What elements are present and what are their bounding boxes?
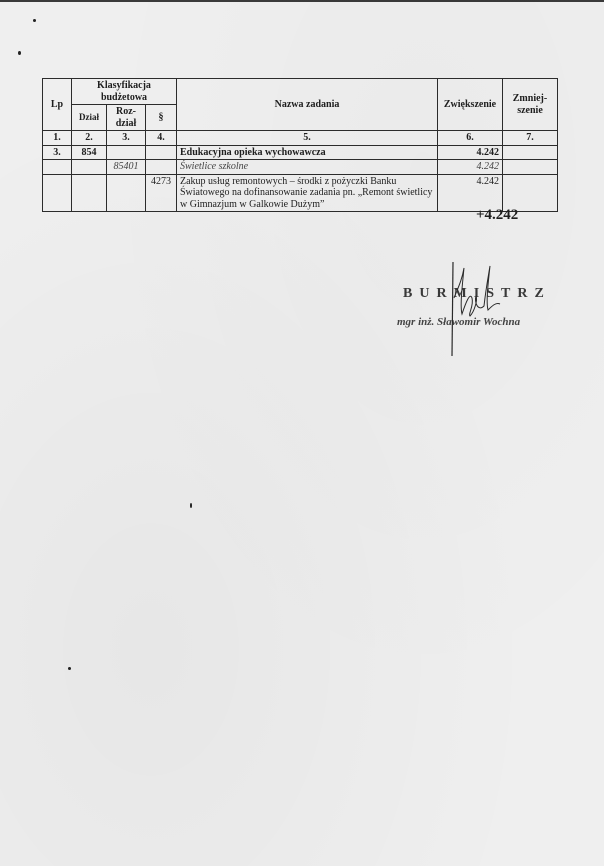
cell-zwiekszenie: 4.242 [438, 145, 503, 160]
header-row: Lp Klasyfikacja budżetowa Nazwa zadania … [43, 79, 558, 105]
header-klasyfikacja: Klasyfikacja budżetowa [72, 79, 177, 105]
handwritten-signature-icon [440, 258, 510, 358]
cell-dzial [72, 160, 107, 175]
scan-top-edge [0, 0, 604, 2]
cell-dzial: 854 [72, 145, 107, 160]
cell-nazwa: Edukacyjna opieka wychowawcza [177, 145, 438, 160]
cell-lp [43, 174, 72, 212]
col-num: 5. [177, 131, 438, 146]
cell-zwiekszenie: 4.242 [438, 160, 503, 175]
col-num: 2. [72, 131, 107, 146]
scan-speck [68, 667, 71, 670]
scan-speck [190, 503, 192, 508]
cell-paragraf [146, 145, 177, 160]
cell-zmniejszenie [503, 174, 558, 212]
col-num: 3. [107, 131, 146, 146]
table-row: 3. 854 Edukacyjna opieka wychowawcza 4.2… [43, 145, 558, 160]
total-amount: +4.242 [476, 207, 518, 224]
table-row: 4273 Zakup usług remontowych – środki z … [43, 174, 558, 212]
header-nazwa: Nazwa zadania [177, 79, 438, 131]
header-dzial: Dział [72, 105, 107, 131]
cell-nazwa: Zakup usług remontowych – środki z pożyc… [177, 174, 438, 212]
col-num: 7. [503, 131, 558, 146]
cell-rozdzial: 85401 [107, 160, 146, 175]
header-zmniejszenie: Zmniej-szenie [503, 79, 558, 131]
cell-lp: 3. [43, 145, 72, 160]
scan-speck [33, 19, 36, 22]
cell-paragraf: 4273 [146, 174, 177, 212]
header-lp: Lp [43, 79, 72, 131]
cell-zmniejszenie [503, 160, 558, 175]
col-num: 1. [43, 131, 72, 146]
cell-nazwa: Świetlice szkolne [177, 160, 438, 175]
cell-rozdzial [107, 145, 146, 160]
cell-zwiekszenie: 4.242 [438, 174, 503, 212]
header-rozdzial: Roz-dział [107, 105, 146, 131]
col-num: 4. [146, 131, 177, 146]
budget-table: Lp Klasyfikacja budżetowa Nazwa zadania … [42, 78, 558, 212]
scan-speck [18, 51, 21, 55]
cell-dzial [72, 174, 107, 212]
table-row: 85401 Świetlice szkolne 4.242 [43, 160, 558, 175]
col-num: 6. [438, 131, 503, 146]
cell-lp [43, 160, 72, 175]
cell-zmniejszenie [503, 145, 558, 160]
header-zwiekszenie: Zwiększenie [438, 79, 503, 131]
cell-rozdzial [107, 174, 146, 212]
header-paragraf: § [146, 105, 177, 131]
cell-paragraf [146, 160, 177, 175]
column-number-row: 1. 2. 3. 4. 5. 6. 7. [43, 131, 558, 146]
